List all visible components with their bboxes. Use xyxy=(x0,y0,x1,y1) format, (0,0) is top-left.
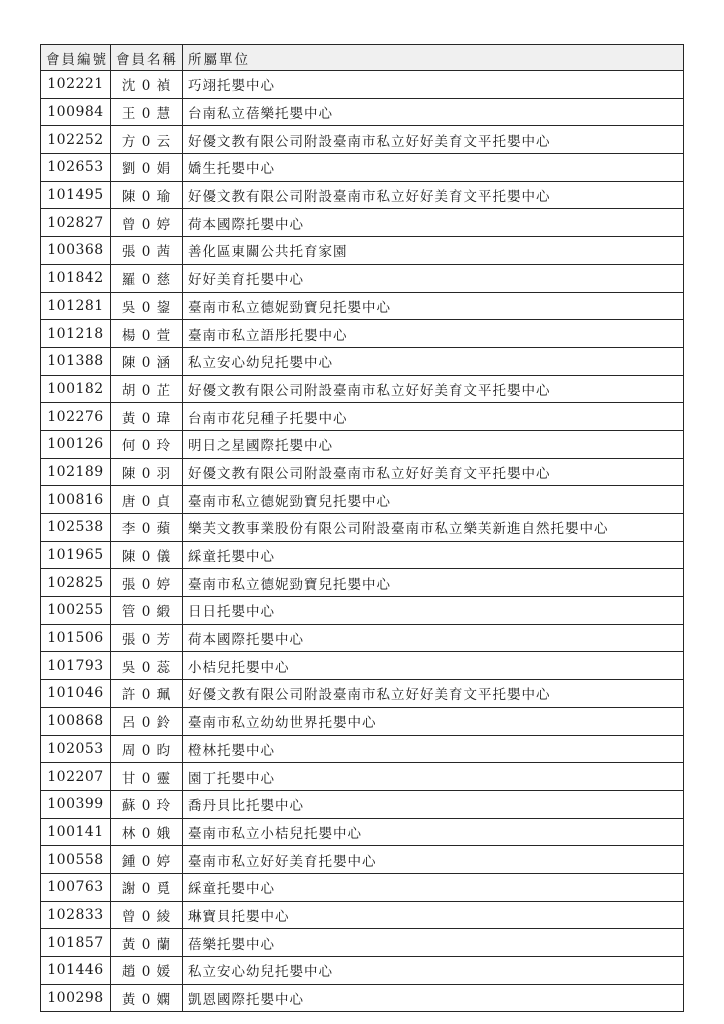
member-id-cell: 100182 xyxy=(41,375,111,403)
members-table: 會員編號 會員名稱 所屬單位 102221沈 0 禎巧翊托嬰中心100984王 … xyxy=(40,44,684,1012)
unit-cell: 綵童托嬰中心 xyxy=(183,873,684,901)
unit-cell: 臺南市私立德妮勁寶兒托嬰中心 xyxy=(183,569,684,597)
member-id-cell: 101388 xyxy=(41,347,111,375)
unit-cell: 善化區東關公共托育家園 xyxy=(183,237,684,265)
unit-cell: 琳寶貝托嬰中心 xyxy=(183,901,684,929)
table-row: 101495陳 0 瑜好優文教有限公司附設臺南市私立好好美育文平托嬰中心 xyxy=(41,181,684,209)
table-row: 102825張 0 婷臺南市私立德妮勁寶兒托嬰中心 xyxy=(41,569,684,597)
table-row: 100763謝 0 覓綵童托嬰中心 xyxy=(41,873,684,901)
member-name-cell: 王 0 慧 xyxy=(111,98,183,126)
member-name-cell: 吳 0 鋆 xyxy=(111,292,183,320)
table-row: 101793吳 0 蕊小桔兒托嬰中心 xyxy=(41,652,684,680)
member-id-cell: 102825 xyxy=(41,569,111,597)
member-id-cell: 101857 xyxy=(41,929,111,957)
member-name-cell: 陳 0 瑜 xyxy=(111,181,183,209)
unit-cell: 明日之星國際托嬰中心 xyxy=(183,430,684,458)
unit-cell: 臺南市私立語彤托嬰中心 xyxy=(183,320,684,348)
unit-cell: 喬丹貝比托嬰中心 xyxy=(183,790,684,818)
table-row: 100141林 0 娥臺南市私立小桔兒托嬰中心 xyxy=(41,818,684,846)
member-id-cell: 101046 xyxy=(41,680,111,708)
unit-cell: 臺南市私立德妮勁寶兒托嬰中心 xyxy=(183,292,684,320)
table-row: 100816唐 0 貞臺南市私立德妮勁寶兒托嬰中心 xyxy=(41,486,684,514)
member-name-cell: 黃 0 嫻 xyxy=(111,984,183,1012)
table-row: 100298黃 0 嫻凱恩國際托嬰中心 xyxy=(41,984,684,1012)
member-name-cell: 陳 0 儀 xyxy=(111,541,183,569)
member-id-cell: 102827 xyxy=(41,209,111,237)
table-row: 100868呂 0 鈴臺南市私立幼幼世界托嬰中心 xyxy=(41,707,684,735)
unit-cell: 好優文教有限公司附設臺南市私立好好美育文平托嬰中心 xyxy=(183,680,684,708)
member-name-cell: 張 0 婷 xyxy=(111,569,183,597)
table-row: 101842羅 0 慈好好美育托嬰中心 xyxy=(41,264,684,292)
table-row: 101965陳 0 儀綵童托嬰中心 xyxy=(41,541,684,569)
member-id-cell: 101446 xyxy=(41,957,111,985)
unit-cell: 巧翊托嬰中心 xyxy=(183,71,684,99)
member-name-cell: 吳 0 蕊 xyxy=(111,652,183,680)
member-name-cell: 甘 0 靈 xyxy=(111,763,183,791)
table-row: 101857黃 0 蘭蓓樂托嬰中心 xyxy=(41,929,684,957)
member-name-cell: 張 0 芳 xyxy=(111,624,183,652)
unit-cell: 好優文教有限公司附設臺南市私立好好美育文平托嬰中心 xyxy=(183,181,684,209)
member-id-cell: 101281 xyxy=(41,292,111,320)
table-row: 100558鍾 0 婷臺南市私立好好美育托嬰中心 xyxy=(41,846,684,874)
table-row: 101388陳 0 涵私立安心幼兒托嬰中心 xyxy=(41,347,684,375)
member-name-cell: 陳 0 涵 xyxy=(111,347,183,375)
member-name-cell: 謝 0 覓 xyxy=(111,873,183,901)
unit-cell: 私立安心幼兒托嬰中心 xyxy=(183,347,684,375)
table-row: 100984王 0 慧台南私立蓓樂托嬰中心 xyxy=(41,98,684,126)
unit-cell: 荷本國際托嬰中心 xyxy=(183,624,684,652)
header-row: 會員編號 會員名稱 所屬單位 xyxy=(41,45,684,71)
member-id-cell: 100368 xyxy=(41,237,111,265)
unit-cell: 台南私立蓓樂托嬰中心 xyxy=(183,98,684,126)
unit-cell: 荷本國際托嬰中心 xyxy=(183,209,684,237)
member-id-cell: 102252 xyxy=(41,126,111,154)
member-name-cell: 黃 0 瑋 xyxy=(111,403,183,431)
table-row: 102207甘 0 靈園丁托嬰中心 xyxy=(41,763,684,791)
col-header-member-name: 會員名稱 xyxy=(111,45,183,71)
member-id-cell: 100126 xyxy=(41,430,111,458)
member-id-cell: 100141 xyxy=(41,818,111,846)
member-name-cell: 何 0 玲 xyxy=(111,430,183,458)
unit-cell: 樂芙文教事業股份有限公司附設臺南市私立樂芙新進自然托嬰中心 xyxy=(183,514,684,542)
member-id-cell: 100558 xyxy=(41,846,111,874)
member-id-cell: 101506 xyxy=(41,624,111,652)
unit-cell: 好好美育托嬰中心 xyxy=(183,264,684,292)
unit-cell: 嬌生托嬰中心 xyxy=(183,154,684,182)
member-id-cell: 101965 xyxy=(41,541,111,569)
member-name-cell: 沈 0 禎 xyxy=(111,71,183,99)
member-id-cell: 102053 xyxy=(41,735,111,763)
member-id-cell: 101793 xyxy=(41,652,111,680)
member-name-cell: 蘇 0 玲 xyxy=(111,790,183,818)
member-id-cell: 100868 xyxy=(41,707,111,735)
table-row: 101281吳 0 鋆臺南市私立德妮勁寶兒托嬰中心 xyxy=(41,292,684,320)
table-row: 102252方 0 云好優文教有限公司附設臺南市私立好好美育文平托嬰中心 xyxy=(41,126,684,154)
member-name-cell: 羅 0 慈 xyxy=(111,264,183,292)
member-name-cell: 管 0 緞 xyxy=(111,597,183,625)
member-id-cell: 102189 xyxy=(41,458,111,486)
table-row: 102653劉 0 娟嬌生托嬰中心 xyxy=(41,154,684,182)
member-name-cell: 張 0 茜 xyxy=(111,237,183,265)
member-name-cell: 胡 0 芷 xyxy=(111,375,183,403)
unit-cell: 臺南市私立德妮勁寶兒托嬰中心 xyxy=(183,486,684,514)
member-id-cell: 102538 xyxy=(41,514,111,542)
table-row: 100255管 0 緞日日托嬰中心 xyxy=(41,597,684,625)
table-row: 101446趙 0 媛私立安心幼兒托嬰中心 xyxy=(41,957,684,985)
table-row: 101046許 0 珮好優文教有限公司附設臺南市私立好好美育文平托嬰中心 xyxy=(41,680,684,708)
table-row: 100368張 0 茜善化區東關公共托育家園 xyxy=(41,237,684,265)
member-name-cell: 楊 0 萱 xyxy=(111,320,183,348)
unit-cell: 蓓樂托嬰中心 xyxy=(183,929,684,957)
table-row: 101218楊 0 萱臺南市私立語彤托嬰中心 xyxy=(41,320,684,348)
member-id-cell: 100984 xyxy=(41,98,111,126)
unit-cell: 好優文教有限公司附設臺南市私立好好美育文平托嬰中心 xyxy=(183,375,684,403)
member-id-cell: 100763 xyxy=(41,873,111,901)
unit-cell: 好優文教有限公司附設臺南市私立好好美育文平托嬰中心 xyxy=(183,126,684,154)
table-row: 102827曾 0 婷荷本國際托嬰中心 xyxy=(41,209,684,237)
member-id-cell: 101218 xyxy=(41,320,111,348)
member-id-cell: 100255 xyxy=(41,597,111,625)
member-id-cell: 102276 xyxy=(41,403,111,431)
member-name-cell: 唐 0 貞 xyxy=(111,486,183,514)
unit-cell: 凱恩國際托嬰中心 xyxy=(183,984,684,1012)
unit-cell: 臺南市私立幼幼世界托嬰中心 xyxy=(183,707,684,735)
member-id-cell: 102221 xyxy=(41,71,111,99)
table-row: 102053周 0 昀橙林托嬰中心 xyxy=(41,735,684,763)
table-row: 102538李 0 蘋樂芙文教事業股份有限公司附設臺南市私立樂芙新進自然托嬰中心 xyxy=(41,514,684,542)
member-name-cell: 趙 0 媛 xyxy=(111,957,183,985)
member-name-cell: 許 0 珮 xyxy=(111,680,183,708)
unit-cell: 日日托嬰中心 xyxy=(183,597,684,625)
member-name-cell: 曾 0 婷 xyxy=(111,209,183,237)
member-id-cell: 101495 xyxy=(41,181,111,209)
member-id-cell: 100399 xyxy=(41,790,111,818)
col-header-member-id: 會員編號 xyxy=(41,45,111,71)
members-table-body: 102221沈 0 禎巧翊托嬰中心100984王 0 慧台南私立蓓樂托嬰中心10… xyxy=(41,71,684,1012)
member-id-cell: 102833 xyxy=(41,901,111,929)
member-name-cell: 陳 0 羽 xyxy=(111,458,183,486)
unit-cell: 小桔兒托嬰中心 xyxy=(183,652,684,680)
member-id-cell: 100298 xyxy=(41,984,111,1012)
unit-cell: 臺南市私立好好美育托嬰中心 xyxy=(183,846,684,874)
unit-cell: 臺南市私立小桔兒托嬰中心 xyxy=(183,818,684,846)
unit-cell: 私立安心幼兒托嬰中心 xyxy=(183,957,684,985)
unit-cell: 綵童托嬰中心 xyxy=(183,541,684,569)
member-name-cell: 林 0 娥 xyxy=(111,818,183,846)
member-name-cell: 劉 0 娟 xyxy=(111,154,183,182)
member-name-cell: 黃 0 蘭 xyxy=(111,929,183,957)
member-id-cell: 102207 xyxy=(41,763,111,791)
table-row: 102189陳 0 羽好優文教有限公司附設臺南市私立好好美育文平托嬰中心 xyxy=(41,458,684,486)
member-id-cell: 100816 xyxy=(41,486,111,514)
member-name-cell: 周 0 昀 xyxy=(111,735,183,763)
member-name-cell: 李 0 蘋 xyxy=(111,514,183,542)
table-row: 102276黃 0 瑋台南市花兒種子托嬰中心 xyxy=(41,403,684,431)
member-id-cell: 101842 xyxy=(41,264,111,292)
member-name-cell: 呂 0 鈴 xyxy=(111,707,183,735)
table-row: 100126何 0 玲明日之星國際托嬰中心 xyxy=(41,430,684,458)
unit-cell: 台南市花兒種子托嬰中心 xyxy=(183,403,684,431)
member-name-cell: 曾 0 綾 xyxy=(111,901,183,929)
member-name-cell: 方 0 云 xyxy=(111,126,183,154)
table-row: 102833曾 0 綾琳寶貝托嬰中心 xyxy=(41,901,684,929)
member-name-cell: 鍾 0 婷 xyxy=(111,846,183,874)
table-row: 102221沈 0 禎巧翊托嬰中心 xyxy=(41,71,684,99)
unit-cell: 好優文教有限公司附設臺南市私立好好美育文平托嬰中心 xyxy=(183,458,684,486)
document-page: 會員編號 會員名稱 所屬單位 102221沈 0 禎巧翊托嬰中心100984王 … xyxy=(0,0,724,1024)
unit-cell: 園丁托嬰中心 xyxy=(183,763,684,791)
unit-cell: 橙林托嬰中心 xyxy=(183,735,684,763)
table-row: 101506張 0 芳荷本國際托嬰中心 xyxy=(41,624,684,652)
table-row: 100399蘇 0 玲喬丹貝比托嬰中心 xyxy=(41,790,684,818)
member-id-cell: 102653 xyxy=(41,154,111,182)
table-row: 100182胡 0 芷好優文教有限公司附設臺南市私立好好美育文平托嬰中心 xyxy=(41,375,684,403)
members-table-header: 會員編號 會員名稱 所屬單位 xyxy=(41,45,684,71)
col-header-unit: 所屬單位 xyxy=(183,45,684,71)
